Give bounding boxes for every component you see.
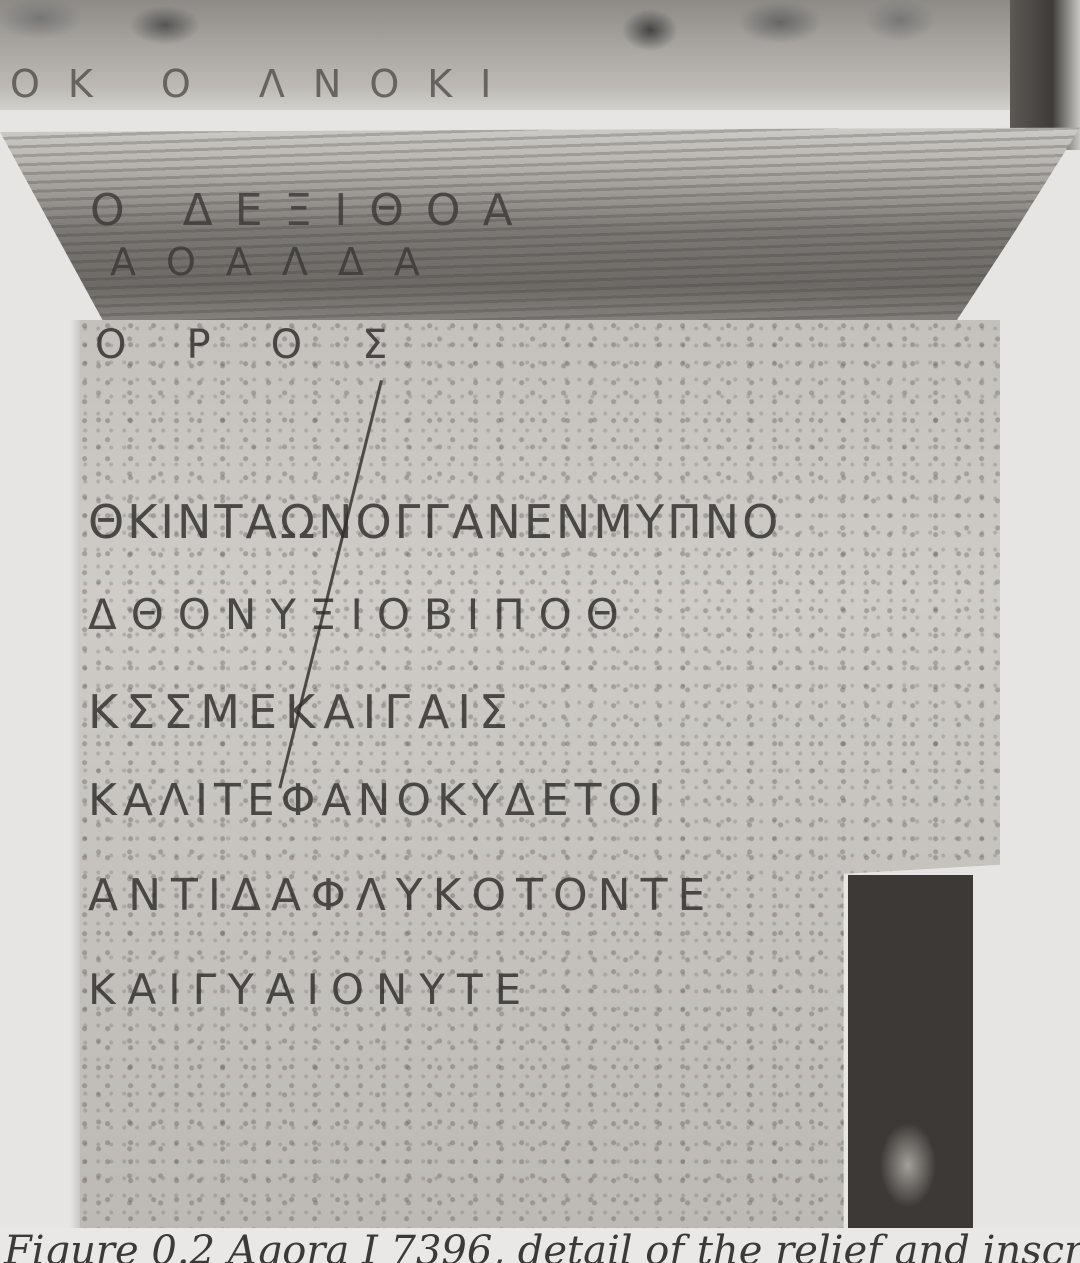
- stele-photograph: ΟΚ Ο ΛΝΟΚΙ Ο ΔΕΞΙΘΟΑ ΑΟΑΛΔΑ ΟΡΟΣ ΘΚΙΝΤΑΩ…: [0, 0, 1080, 1228]
- molding-inscription-line-1: Ο ΔΕΞΙΘΟΑ: [90, 185, 1010, 236]
- inscription-line-3: ΚΣΣΜΕΚΑΙΓΑΙΣ: [88, 685, 516, 739]
- inscription-line-6: ΚΑΙΓΥΑΙΟΝΥΤΕ: [88, 965, 533, 1014]
- figure-caption: Figure 0.2 Agora I 7396, detail of the r…: [0, 1228, 1080, 1263]
- relief-shadow: [1010, 0, 1080, 150]
- molding-inscription-line-2: ΑΟΑΛΔΑ: [110, 240, 1030, 284]
- inscription-line-2: ΔΘΟΝΥΞΙΟΒΙΠΟΘ: [88, 590, 633, 639]
- shadow-recess: [848, 875, 973, 1228]
- relief-inscription: ΟΚ Ο ΛΝΟΚΙ: [10, 62, 1010, 106]
- inscription-line-1: ΘΚΙΝΤΑΩΝΟΓΓΑΝΕΝΜΥΠΝΟ: [88, 495, 781, 549]
- inscription-line-4: ΚΑΛΙΤΕΦΑΝΟΚΥΔΕΤΟΙ: [88, 775, 667, 826]
- inscription-line-5: ΑΝΤΙΔΑΦΛΥΚΟΤΟΝΤΕ: [88, 870, 715, 921]
- inscription-line-0: ΟΡΟΣ: [95, 322, 447, 368]
